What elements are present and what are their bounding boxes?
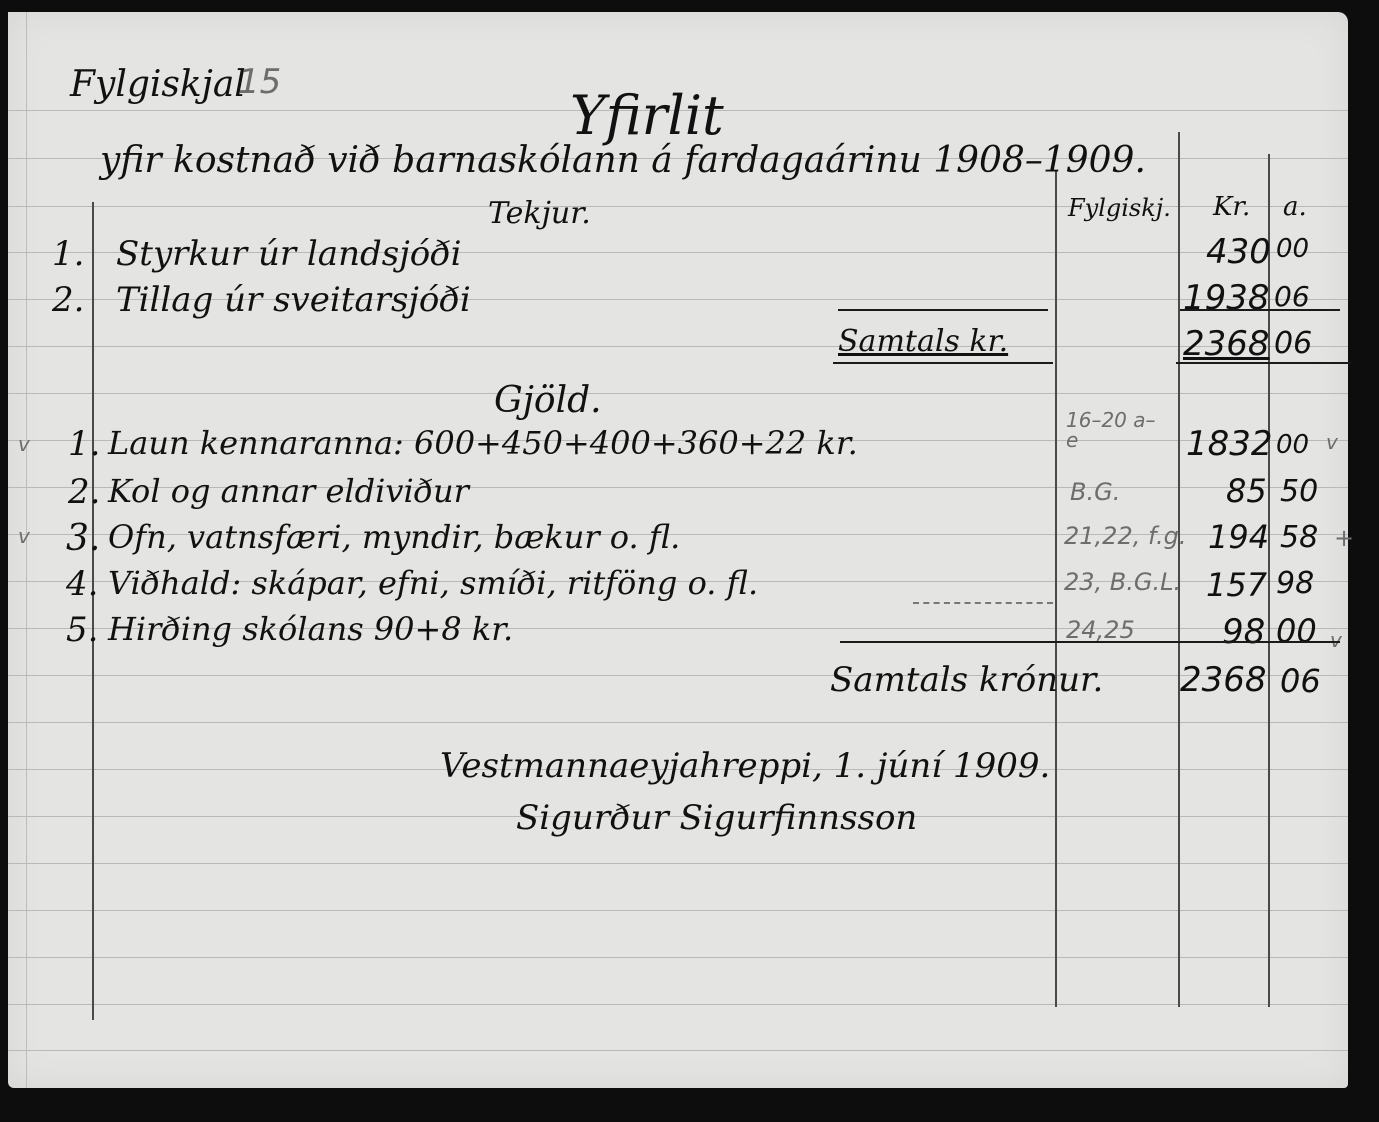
expense-item-label: Laun kennaranna: 600+450+400+360+22 kr.	[108, 424, 858, 462]
expenses-subtotal-rule	[840, 641, 1340, 643]
ruled-line	[8, 1050, 1348, 1051]
expense-item-reference: B.G.	[1070, 478, 1120, 506]
ruled-line	[8, 393, 1348, 394]
ruled-line	[8, 346, 1348, 347]
expense-item-kronur: 1832	[1186, 424, 1273, 464]
expense-item-reference: 16–20 a–e	[1066, 410, 1166, 450]
expense-item-reference: 24,25	[1066, 616, 1135, 644]
income-total-kronur: 2368	[1183, 324, 1270, 364]
expense-item-number: 1.	[68, 424, 100, 464]
check-mark-left: v	[18, 432, 30, 456]
income-item-kronur: 430	[1206, 232, 1271, 272]
check-mark-right: v	[1326, 430, 1338, 454]
ruled-line	[8, 1004, 1348, 1005]
income-total-aurar: 06	[1274, 326, 1312, 361]
expense-item-aurar: 58	[1280, 520, 1318, 555]
expense-item-number: 4.	[66, 564, 98, 604]
ruled-line	[8, 910, 1348, 911]
expense-item-aurar: 98	[1276, 566, 1314, 601]
expense-item-label: Hirðing skólans 90+8 kr.	[108, 610, 513, 648]
place-and-date: Vestmannaeyjahreppi, 1. júní 1909.	[440, 746, 1050, 786]
check-mark-right: v	[1330, 628, 1342, 652]
expense-item-reference: 23, B.G.L.	[1064, 568, 1181, 596]
income-heading: Tekjur.	[488, 196, 591, 231]
ruled-line	[8, 675, 1348, 676]
expense-item-kronur: 194	[1208, 518, 1269, 556]
check-mark-right: +	[1334, 524, 1354, 552]
income-total-underline-left	[833, 362, 1053, 364]
ruled-line	[8, 722, 1348, 723]
expenses-total-label: Samtals krónur.	[830, 660, 1103, 700]
expense-item-number: 2.	[68, 472, 100, 512]
income-item-aurar: 00	[1276, 234, 1309, 264]
document-subtitle: yfir kostnað við barnaskólann á fardagaá…	[100, 140, 1146, 181]
expense-item-kronur: 98	[1222, 612, 1265, 652]
leader-dashes	[913, 602, 1053, 604]
column-header-kronur: Kr.	[1213, 192, 1250, 222]
document-title: Yfirlit	[570, 84, 724, 147]
income-subtotal-rule-left	[838, 309, 1048, 311]
expense-item-kronur: 85	[1226, 472, 1267, 510]
expense-item-number: 3.	[66, 518, 100, 559]
income-item-kronur: 1938	[1183, 278, 1270, 318]
expenses-heading: Gjöld.	[494, 380, 602, 421]
expense-item-aurar: 00	[1276, 612, 1317, 650]
expense-item-aurar: 50	[1280, 474, 1318, 509]
income-item-label: Styrkur úr landsjóði	[116, 234, 462, 274]
corner-number: 15	[238, 62, 281, 102]
income-total-underline-right	[1176, 362, 1351, 364]
income-total-label: Samtals kr.	[838, 324, 1008, 359]
page-fold-edge	[8, 12, 27, 1088]
ruled-line	[8, 863, 1348, 864]
ruled-line	[8, 957, 1348, 958]
expense-item-aurar: 00	[1276, 430, 1309, 460]
income-item-number: 2.	[52, 280, 84, 320]
expenses-total-aurar: 06	[1280, 662, 1321, 700]
expense-item-label: Viðhald: skápar, efni, smíði, ritföng o.…	[108, 564, 758, 602]
expense-item-kronur: 157	[1206, 566, 1267, 604]
document-page: Fylgiskjal 15 Yfirlit yfir kostnað við b…	[8, 12, 1348, 1088]
expenses-total-kronur: 2368	[1180, 660, 1267, 700]
check-mark-left: v	[18, 524, 30, 548]
expense-item-reference: 21,22, f.g.	[1064, 522, 1186, 550]
income-subtotal-rule-right	[1180, 309, 1340, 311]
income-item-label: Tillag úr sveitarsjóði	[116, 280, 471, 320]
income-item-number: 1.	[52, 234, 84, 274]
signature: Sigurður Sigurfinnsson	[516, 798, 917, 838]
column-header-aurar: a.	[1283, 192, 1307, 222]
expense-item-label: Ofn, vatnsfæri, myndir, bækur o. fl.	[108, 518, 680, 556]
column-line-reference	[1055, 170, 1057, 1007]
expense-item-label: Kol og annar eldiviður	[108, 472, 469, 510]
column-header-reference: Fylgiskj.	[1068, 194, 1171, 222]
expense-item-number: 5.	[66, 610, 98, 650]
corner-label: Fylgiskjal	[70, 64, 246, 105]
